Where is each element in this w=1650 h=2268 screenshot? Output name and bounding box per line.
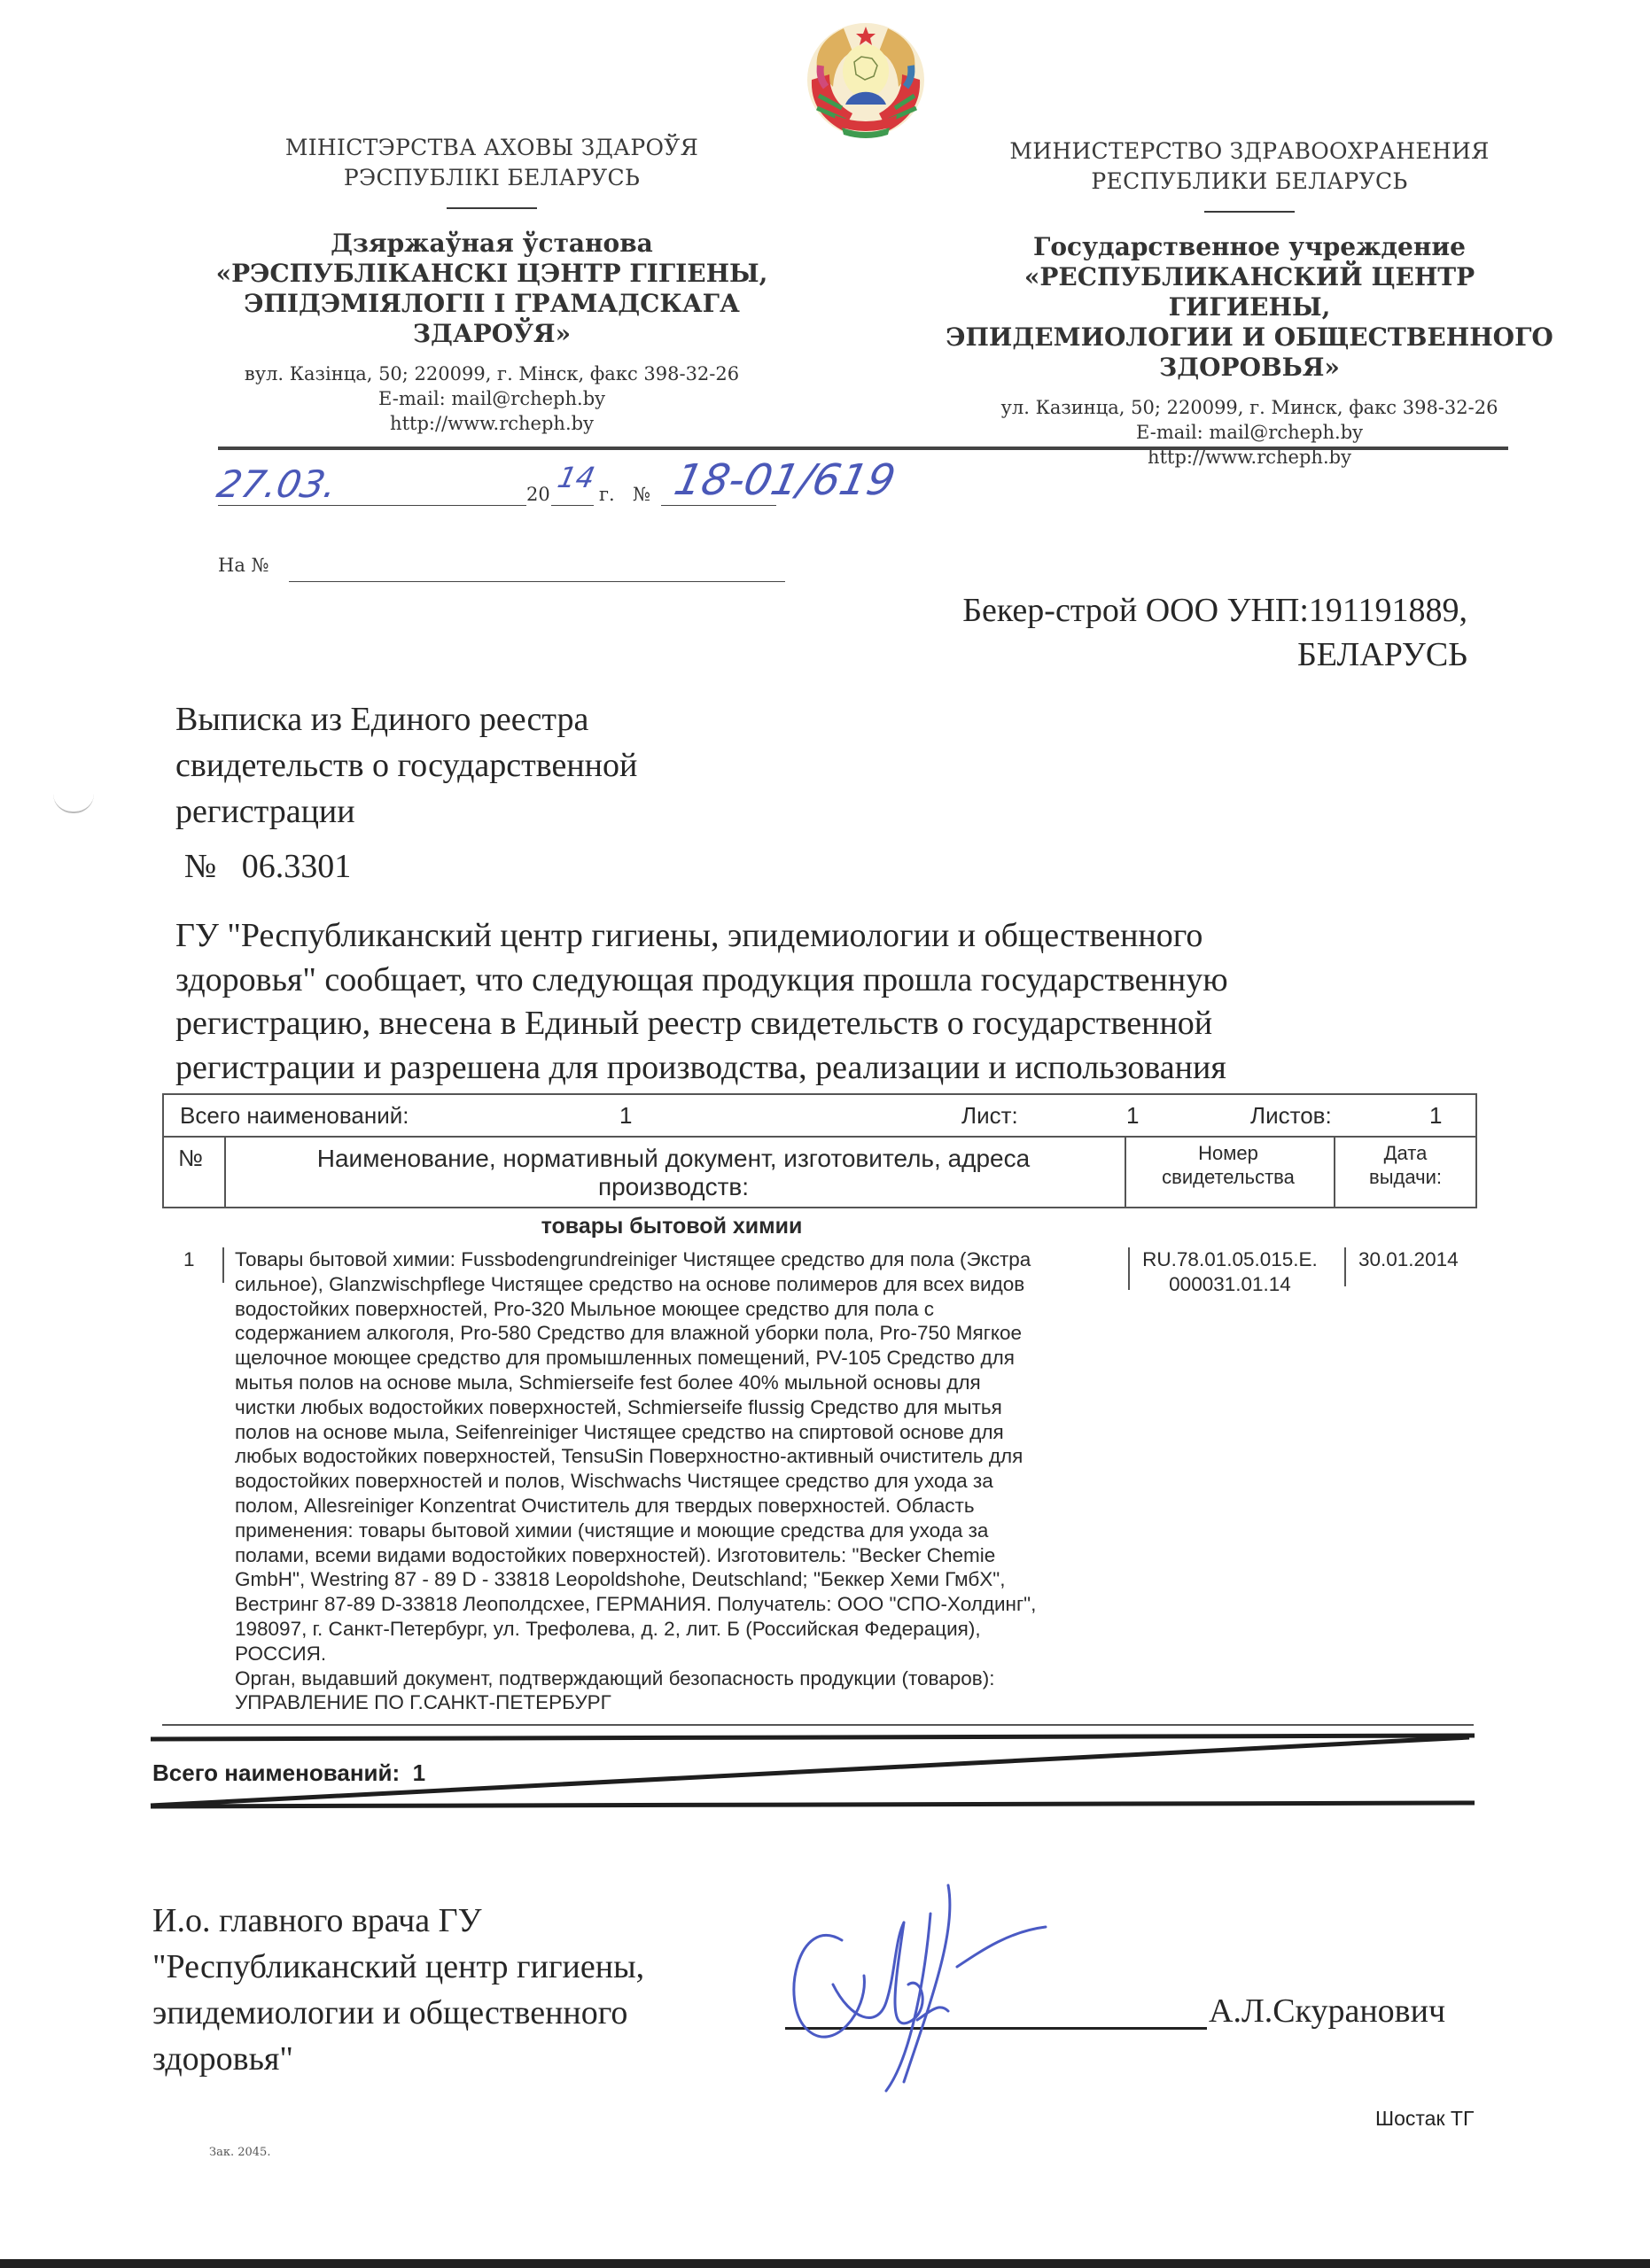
executor-name: Шостак ТГ [1375, 2107, 1474, 2131]
institution-email: E-mail: mail@rcheph.by [199, 386, 784, 411]
institution-name-line2: ЭПИДЕМИОЛОГИИ И ОБЩЕСТВЕННОГО [944, 322, 1555, 353]
institution-type: Государственное учреждение [944, 232, 1555, 262]
sheet-value: 1 [1126, 1102, 1139, 1130]
ministry-divider [1204, 211, 1295, 213]
reply-to-label: На № [218, 555, 269, 576]
print-order-number: Зак. 2045. [209, 2146, 270, 2159]
row-num: 1 [183, 1247, 195, 1272]
group-title: товары бытовой химии [224, 1214, 1119, 1239]
intro-line2: здоровья" сообщает, что следующая продук… [175, 959, 1228, 1003]
recipient-line2: БЕЛАРУСЬ [962, 633, 1467, 677]
institution-email: E-mail: mail@rcheph.by [944, 420, 1555, 445]
sheets-label: Листов: [1250, 1102, 1332, 1130]
header-name: Наименование, нормативный документ, изго… [226, 1145, 1121, 1201]
header-cert-line2: свидетельства [1126, 1165, 1330, 1189]
table-row: 1 Товары бытовой химии: Fussbodengrundre… [162, 1244, 1474, 1722]
institution-name-line2: ЭПІДЭМІЯЛОГІІ І ГРАМАДСКАГА [199, 289, 784, 319]
handwritten-year: 14 [555, 461, 598, 494]
punch-hole-mark [53, 794, 94, 813]
registry-number: № 06.3301 [175, 843, 637, 889]
institution-name-line1: «РЭСПУБЛІКАНСКІ ЦЭНТР ГІГІЕНЫ, [199, 259, 784, 289]
header-date-line2: выдачи: [1335, 1165, 1475, 1189]
footer-total-value: 1 [413, 1759, 425, 1786]
header-name-line2: производств: [226, 1173, 1121, 1201]
outgoing-number-sign: № [633, 484, 650, 505]
position-line3: эпидемиологии и общественного [152, 1990, 644, 2036]
recipient-block: Бекер-строй ООО УНП:191191889, БЕЛАРУСЬ [962, 588, 1467, 677]
institution-address: ул. Казинца, 50; 220099, г. Минск, факс … [944, 395, 1555, 420]
ministry-name-line1: МИНИСТЕРСТВО ЗДРАВООХРАНЕНИЯ [944, 136, 1555, 167]
letterhead-belarusian: МІНІСТЭРСТВА АХОВЫ ЗДАРОЎЯ РЭСПУБЛІКІ БЕ… [199, 133, 784, 436]
year-prefix: 20 [526, 484, 550, 505]
title-line1: Выписка из Единого реестра [175, 696, 637, 742]
header-cert: Номер свидетельства [1126, 1141, 1330, 1189]
footer-total-label: Всего наименований: [152, 1759, 400, 1786]
title-line2: свидетельств о государственной [175, 742, 637, 788]
outgoing-number-field: 18-01/619 [661, 475, 776, 506]
ministry-name-line2: РЕСПУБЛИКИ БЕЛАРУСЬ [944, 167, 1555, 197]
institution-website: http://www.rcheph.by [199, 411, 784, 436]
row-divider [222, 1247, 224, 1283]
year-field: 14 [551, 475, 594, 506]
total-items-value: 1 [619, 1102, 632, 1130]
institution-address: вул. Казінца, 50; 220099, г. Мінск, факс… [199, 361, 784, 386]
document-title: Выписка из Единого реестра свидетельств … [175, 696, 637, 889]
registry-number-value: 06.3301 [242, 848, 352, 885]
handwritten-signature [780, 1878, 1152, 2100]
year-suffix: г. [599, 484, 615, 505]
sheets-value: 1 [1429, 1102, 1442, 1130]
table-bottom-rule [162, 1724, 1474, 1726]
date-field: 27.03. [218, 470, 526, 506]
row-description: Товары бытовой химии: Fussbodengrundrein… [235, 1247, 1121, 1715]
table-header: № Наименование, нормативный документ, из… [162, 1136, 1477, 1208]
state-emblem [799, 16, 932, 140]
header-date-line1: Дата [1335, 1141, 1475, 1165]
row-certificate-number: RU.78.01.05.015.E. 000031.01.14 [1130, 1247, 1330, 1297]
handwritten-number: 18-01/619 [670, 455, 899, 505]
position-line4: здоровья" [152, 2036, 644, 2082]
recipient-line1: Бекер-строй ООО УНП:191191889, [962, 588, 1467, 633]
ministry-name-line1: МІНІСТЭРСТВА АХОВЫ ЗДАРОЎЯ [199, 133, 784, 163]
sheet-label: Лист: [961, 1102, 1018, 1130]
letterhead-russian: МИНИСТЕРСТВО ЗДРАВООХРАНЕНИЯ РЕСПУБЛИКИ … [944, 136, 1555, 470]
intro-paragraph: ГУ "Республиканский центр гигиены, эпиде… [175, 914, 1228, 1090]
ministry-name-line2: РЭСПУБЛІКІ БЕЛАРУСЬ [199, 163, 784, 193]
institution-name-line1: «РЕСПУБЛИКАНСКИЙ ЦЕНТР ГИГИЕНЫ, [944, 262, 1555, 322]
position-line2: "Республиканский центр гигиены, [152, 1944, 644, 1990]
intro-line1: ГУ "Республиканский центр гигиены, эпиде… [175, 914, 1228, 959]
registry-number-sign: № [184, 848, 216, 885]
coat-of-arms-icon [799, 16, 932, 140]
position-line1: И.о. главного врача ГУ [152, 1898, 644, 1944]
intro-line3: регистрацию, внесена в Единый реестр сви… [175, 1002, 1228, 1046]
handwritten-date: 27.03. [214, 462, 341, 506]
row-issue-date: 30.01.2014 [1358, 1247, 1459, 1272]
institution-name-line3: ЗДОРОВЬЯ» [944, 353, 1555, 383]
title-line3: регистрации [175, 788, 637, 835]
summary-bar: Всего наименований: 1 Лист: 1 Листов: 1 [162, 1093, 1477, 1138]
scan-edge [0, 2259, 1650, 2268]
header-cert-line1: Номер [1126, 1141, 1330, 1165]
header-date: Дата выдачи: [1335, 1141, 1475, 1189]
header-name-line1: Наименование, нормативный документ, изго… [226, 1145, 1121, 1173]
total-items-label: Всего наименований: [180, 1102, 409, 1130]
intro-line4: регистрации и разрешена для производства… [175, 1046, 1228, 1091]
institution-type: Дзяржаўная ўстанова [199, 229, 784, 259]
signatory-position: И.о. главного врача ГУ "Республиканский … [152, 1898, 644, 2082]
signer-name: А.Л.Скуранович [1209, 1989, 1445, 2033]
institution-name-line3: ЗДАРОЎЯ» [199, 319, 784, 349]
reply-to-field [289, 556, 785, 582]
header-num: № [178, 1145, 203, 1172]
row-divider [1344, 1247, 1346, 1286]
ministry-divider [447, 207, 537, 209]
letterhead-divider [218, 447, 1508, 450]
footer-total: Всего наименований: 1 [152, 1759, 425, 1787]
